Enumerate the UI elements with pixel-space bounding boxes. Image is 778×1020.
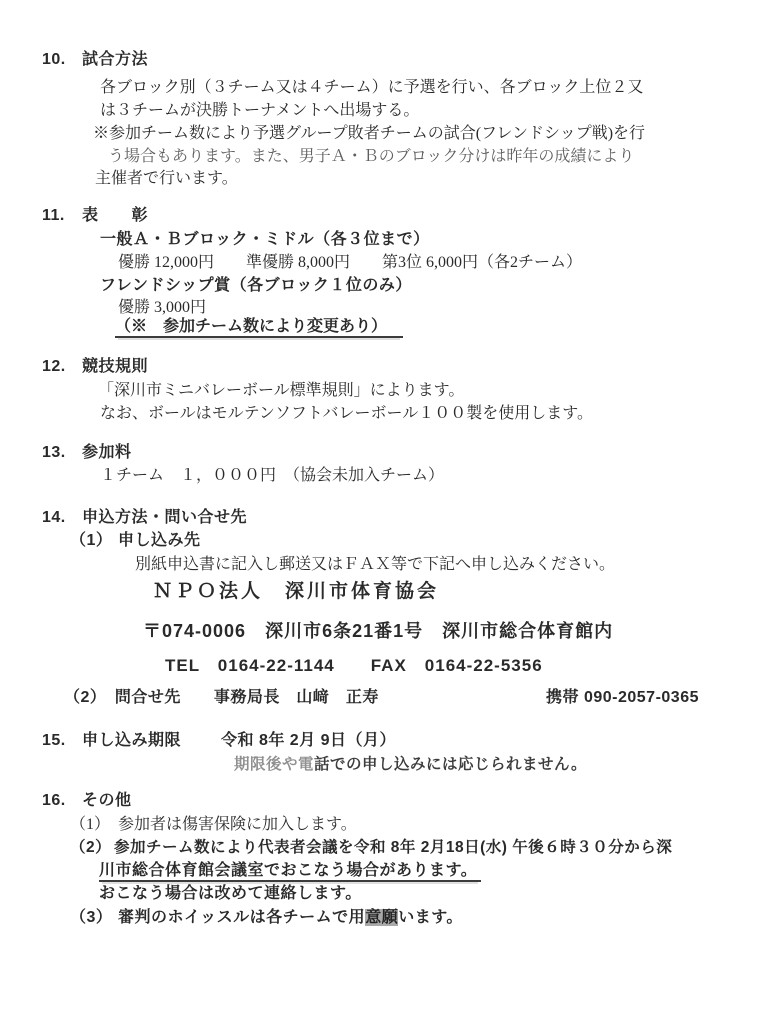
section-12-heading: 12.競技規則: [42, 357, 148, 377]
section-16-item3-marker: （3）: [70, 908, 118, 928]
section-15-number: 15.: [42, 731, 82, 751]
section-14-title: 申込方法・問い合せ先: [82, 509, 247, 526]
section-11-heading: 11.表 彰: [42, 206, 148, 226]
section-16-item3: （3）審判のホイッスルは各チームで用意願います。: [70, 908, 463, 928]
section-14-item1-label: （1）申し込み先: [70, 531, 201, 551]
section-16-item3-highlighted: 意願: [365, 909, 398, 926]
section-10-body-line-2: は３チームが決勝トーナメントへ出場する。: [100, 101, 419, 121]
section-11-note-underlined: （※ 参加チーム数により変更あり）: [115, 317, 403, 337]
section-12-number: 12.: [42, 357, 82, 377]
section-15-heading: 15.申し込み期限令和 8年 2月 9日（月）: [42, 731, 396, 751]
section-16-title: その他: [82, 792, 132, 809]
section-11-subheading-1: 一般Ａ・Ｂブロック・ミドル（各３位まで）: [100, 230, 430, 250]
section-10-heading: 10.試合方法: [42, 50, 148, 70]
section-16-item2-line-1: （2）参加チーム数により代表者会議を令和 8年 2月18日(水) 午後６時３０分…: [70, 838, 672, 857]
section-10-number: 10.: [42, 50, 82, 70]
section-11-note-text: （※ 参加チーム数により変更あり）: [115, 318, 403, 338]
application-deadline-date: 令和 8年 2月 9日（月）: [221, 732, 396, 749]
deadline-warning: 期限後や電話での申し込みには応じられません。: [234, 755, 587, 774]
section-16-item2-line2-text: 川市総合体育館会議室でおこなう場合があります。: [99, 862, 481, 882]
section-16-item1-marker: （1）: [70, 815, 118, 835]
section-14-number: 14.: [42, 508, 82, 528]
section-13-body-line-1: １チーム １，０００円 （協会未加入チーム）: [100, 466, 444, 486]
section-13-title: 参加料: [82, 444, 132, 461]
section-13-heading: 13.参加料: [42, 443, 132, 463]
section-16-item2-line-3: おこなう場合は改めて連絡します。: [99, 884, 362, 904]
deadline-warning-rest: 話での申し込みには応じられません。: [314, 756, 587, 773]
section-14-heading: 14.申込方法・問い合せ先: [42, 508, 247, 528]
section-14-item1-marker: （1）: [70, 531, 118, 551]
section-10-body-line-1: 各ブロック別（３チーム又は４チーム）に予選を行い、各ブロック上位２又: [100, 78, 643, 98]
section-12-body-line-2: なお、ボールはモルテンソフトバレーボール１００製を使用します。: [100, 404, 593, 424]
section-12-title: 競技規則: [82, 358, 148, 375]
tel-fax-numbers: TEL 0164-22-1144 FAX 0164-22-5356: [165, 655, 543, 676]
section-11-prizes-2: 優勝 3,000円: [118, 298, 206, 318]
section-16-item1-text: 参加者は傷害保険に加入します。: [118, 816, 357, 833]
deadline-warning-faded-part: 期限後や電: [234, 756, 314, 773]
section-16-item3-text-pre: 審判のホイッスルは各チームで用: [118, 909, 365, 926]
section-13-number: 13.: [42, 443, 82, 463]
section-15-title: 申し込み期限: [82, 732, 181, 749]
section-16-item2-marker: （2）: [70, 838, 114, 857]
section-10-note-line-3: 主催者で行います。: [95, 169, 238, 189]
section-16-item3-text-post: います。: [398, 909, 463, 926]
section-14-item1-label-text: 申し込み先: [118, 532, 201, 549]
section-11-title: 表 彰: [82, 207, 148, 224]
organization-name: ＮＰＯ法人 深川市体育協会: [153, 580, 439, 604]
section-10-title: 試合方法: [82, 51, 148, 68]
section-16-item1: （1）参加者は傷害保険に加入します。: [70, 815, 357, 835]
section-14-item1-body: 別紙申込書に記入し郵送又はＦＡＸ等で下記へ申し込みください。: [135, 555, 615, 575]
mobile-number: 携帯 090-2057-0365: [546, 688, 699, 708]
postal-address: 〒074-0006 深川市6条21番1号 深川市総合体育館内: [143, 620, 613, 643]
section-16-item2-line-2: 川市総合体育館会議室でおこなう場合があります。: [99, 861, 481, 881]
section-14-item2-contact: （2） 問合せ先 事務局長 山﨑 正寿携帯 090-2057-0365: [64, 688, 764, 708]
section-11-subheading-2: フレンドシップ賞（各ブロック１位のみ）: [100, 276, 412, 296]
section-11-number: 11.: [42, 206, 82, 226]
section-16-heading: 16.その他: [42, 791, 132, 811]
document-page: 10.試合方法 各ブロック別（３チーム又は４チーム）に予選を行い、各ブロック上位…: [0, 0, 778, 1020]
section-11-prizes-1: 優勝 12,000円 準優勝 8,000円 第3位 6,000円（各2チーム）: [118, 253, 582, 273]
section-10-note-line-2: う場合もあります。また、男子Ａ・Ｂのブロック分けは昨年の成績により: [108, 147, 634, 167]
section-10-note-line-1: ※参加チーム数により予選グループ敗者チームの試合(フレンドシップ戦)を行: [93, 124, 645, 144]
section-16-item2-line1-text: 参加チーム数により代表者会議を令和 8年 2月18日(水) 午後６時３０分から深: [114, 839, 672, 856]
section-12-body-line-1: 「深川市ミニバレーボール標準規則」によります。: [98, 381, 464, 401]
section-16-number: 16.: [42, 791, 82, 811]
contact-person: （2） 問合せ先 事務局長 山﨑 正寿: [64, 689, 379, 706]
